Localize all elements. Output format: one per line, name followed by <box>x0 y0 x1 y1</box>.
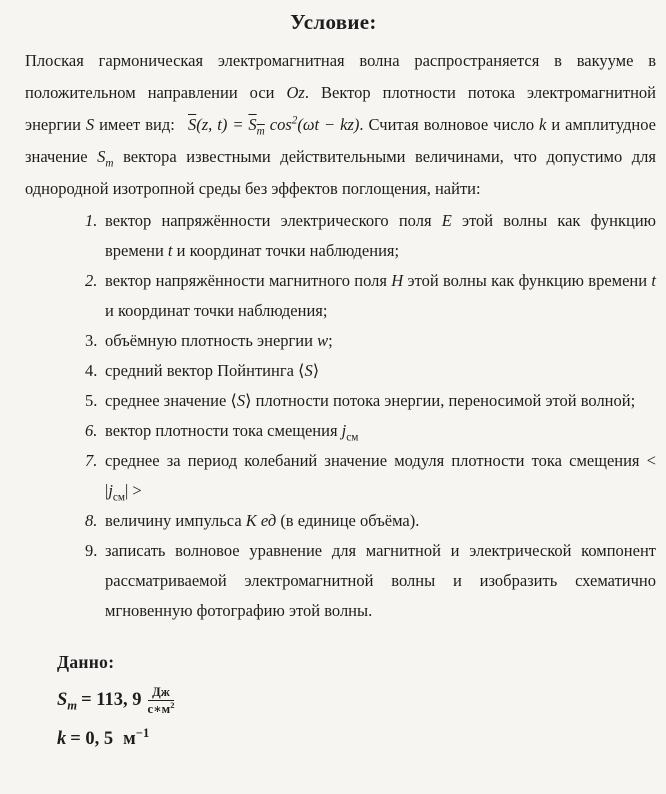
list-item-text: среднее значение ⟨S⟩ плотности потока эн… <box>105 391 635 410</box>
k-value: = 0, 5 <box>70 729 113 750</box>
list-item-2: 2. вектор напряжённости магнитного поля … <box>25 266 656 326</box>
list-item-8: 8. величину импульса K ед (в единице объ… <box>25 506 656 536</box>
sm-unit-fraction: Дж с∗м2 <box>148 685 175 717</box>
page-title: Условие: <box>25 10 642 35</box>
list-item-number: 6. <box>85 416 97 446</box>
list-item-text: средний вектор Пойнтинга ⟨S⟩ <box>105 361 319 380</box>
k-unit-text: м <box>123 729 136 749</box>
list-item-number: 1. <box>85 206 97 236</box>
k-unit-exponent: −1 <box>136 726 149 740</box>
k-unit: м−1 <box>123 729 149 750</box>
list-item-number: 3. <box>85 326 97 356</box>
given-label: Данно: <box>57 652 656 673</box>
k-equation: k = 0, 5 м−1 <box>57 729 656 750</box>
list-item-1: 1. вектор напряжённости электрического п… <box>25 206 656 266</box>
list-item-6: 6. вектор плотности тока смещения jсм <box>25 416 656 446</box>
list-item-number: 5. <box>85 386 97 416</box>
list-item-text: записать волновое уравнение для магнитно… <box>105 541 656 620</box>
list-item-5: 5. среднее значение ⟨S⟩ плотности потока… <box>25 386 656 416</box>
sm-symbol: S <box>57 690 67 710</box>
list-item-number: 4. <box>85 356 97 386</box>
sm-subscript: m <box>67 699 77 713</box>
list-item-text: величину импульса K ед (в единице объёма… <box>105 511 419 530</box>
list-item-text: среднее за период колебаний значение мод… <box>105 451 656 500</box>
sm-value: = 113, 9 <box>81 690 141 711</box>
list-item-3: 3. объёмную плотность энергии w; <box>25 326 656 356</box>
list-item-number: 8. <box>85 506 97 536</box>
list-item-text: вектор напряжённости электрического поля… <box>105 211 656 260</box>
fraction-numerator: Дж <box>148 685 175 701</box>
fraction-denominator: с∗м2 <box>148 701 175 716</box>
list-item-number: 7. <box>85 446 97 476</box>
list-item-7: 7. среднее за период колебаний значение … <box>25 446 656 506</box>
fraction-denominator-text: с∗м <box>148 702 171 716</box>
sm-equation: Sm = 113, 9 Дж с∗м2 <box>57 685 656 717</box>
sm-variable: Sm <box>57 690 77 711</box>
list-item-text: вектор плотности тока смещения jсм <box>105 421 358 440</box>
problem-list: 1. вектор напряжённости электрического п… <box>25 206 656 626</box>
document-page: Условие: Плоская гармоническая электрома… <box>0 0 666 794</box>
list-item-text: вектор напряжённости магнитного поля H э… <box>105 271 656 320</box>
list-item-text: объёмную плотность энергии w; <box>105 331 333 350</box>
given-section: Данно: Sm = 113, 9 Дж с∗м2 k = 0, 5 м−1 <box>57 652 656 750</box>
list-item-number: 9. <box>85 536 97 566</box>
intro-paragraph: Плоская гармоническая электромагнитная в… <box>25 45 656 205</box>
list-item-4: 4. средний вектор Пойнтинга ⟨S⟩ <box>25 356 656 386</box>
k-symbol: k <box>57 729 66 750</box>
list-item-9: 9. записать волновое уравнение для магни… <box>25 536 656 626</box>
list-item-number: 2. <box>85 266 97 296</box>
fraction-denominator-exponent: 2 <box>170 700 174 710</box>
